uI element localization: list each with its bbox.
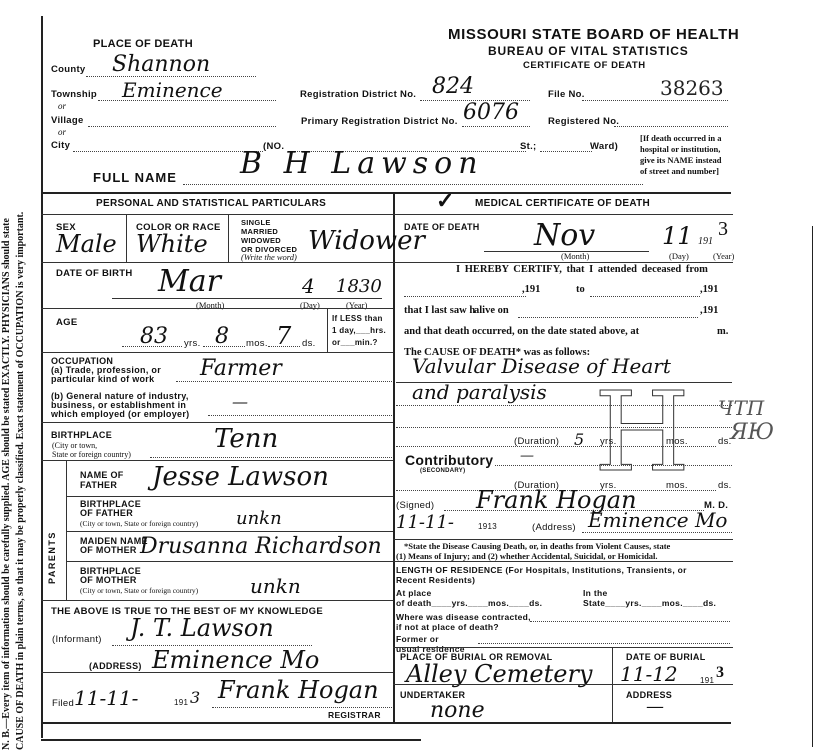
form-left-border xyxy=(41,16,43,738)
file-no-line xyxy=(582,100,728,101)
footnote-line: (1) Means of Injury; and (2) whether Acc… xyxy=(396,551,670,561)
row-divider xyxy=(41,308,393,309)
father-bp-line: OF FATHER xyxy=(80,509,141,518)
father-birthplace-value: unkn xyxy=(236,508,282,529)
full-name-line xyxy=(183,184,643,185)
less-than-line: If LESS than xyxy=(332,313,386,325)
at-place-line: of death____yrs.____mos.____ds. xyxy=(396,598,542,608)
row-divider xyxy=(41,460,393,461)
burial-year-suffix: 3 xyxy=(716,664,724,682)
birthplace-label: BIRTHPLACE xyxy=(51,430,112,440)
registrar-line xyxy=(212,707,392,708)
date-of-death-label: DATE OF DEATH xyxy=(404,222,480,232)
occupation-label: OCCUPATION (a) Trade, profession, or par… xyxy=(51,357,161,384)
cell-divider xyxy=(126,214,127,262)
margin-annotation-top: ЧТП xyxy=(718,396,764,420)
column-divider xyxy=(393,192,395,722)
dod-day: 11 xyxy=(662,222,693,250)
file-no-label: File No. xyxy=(548,89,585,100)
row-divider xyxy=(393,561,733,562)
physician-address-label: (Address) xyxy=(532,522,576,533)
form-bottom-border xyxy=(41,739,421,741)
undertaker-address-value: — xyxy=(646,696,664,717)
hospital-note: [If death occurred in a hospital or inst… xyxy=(640,133,722,177)
alive-on-label: alive on xyxy=(474,305,509,316)
occupation-b-line: which employed (or employer) xyxy=(51,410,189,419)
contracted-line: Where was disease contracted, xyxy=(396,612,531,622)
occupation-b-label: (b) General nature of industry, business… xyxy=(51,392,189,419)
certify-statement: I HEREBY CERTIFY, that I attended deceas… xyxy=(456,264,708,275)
county-value: Shannon xyxy=(112,52,210,77)
alive-year: ,191 xyxy=(700,305,718,316)
marital-option: WIDOWED xyxy=(241,236,297,245)
township-value: Eminence xyxy=(122,78,223,102)
mos-label: mos. xyxy=(246,338,268,349)
certificate-title: CERTIFICATE OF DEATH xyxy=(523,60,646,71)
registration-district-value: 824 xyxy=(432,74,474,99)
file-no-value: 38263 xyxy=(660,76,724,100)
to-date-line xyxy=(590,296,700,297)
state-board-title: MISSOURI STATE BOARD OF HEALTH xyxy=(448,26,739,43)
primary-registration-value: 6076 xyxy=(463,100,519,125)
residence-heading: LENGTH OF RESIDENCE (For Hospitals, Inst… xyxy=(396,565,687,585)
dob-year: 1830 xyxy=(336,276,382,297)
yrs-label: yrs. xyxy=(184,338,201,349)
color-race-value: White xyxy=(136,230,208,258)
cell-divider xyxy=(327,308,328,352)
cell-divider xyxy=(228,214,229,262)
birthplace-sub-line: (City or town, xyxy=(52,441,131,450)
row-divider xyxy=(393,647,733,648)
medical-heading: MEDICAL CERTIFICATE OF DEATH xyxy=(475,198,650,209)
former-residence-label: Former or usual residence xyxy=(396,634,465,654)
hospital-note-line: [If death occurred in a xyxy=(640,133,722,144)
less-than-day: If LESS than 1 day,___hrs. or___min.? xyxy=(332,313,386,349)
signed-date: 11-11- xyxy=(396,512,454,533)
row-divider xyxy=(41,422,393,423)
burial-date-label: DATE OF BURIAL xyxy=(626,652,706,662)
filed-year-suffix: 3 xyxy=(190,688,200,707)
mother-name-label: MAIDEN NAME OF MOTHER xyxy=(80,537,148,555)
hospital-note-line: hospital or institution, xyxy=(640,144,722,155)
occupation-b-value: — xyxy=(232,392,248,411)
personal-heading: PERSONAL AND STATISTICAL PARTICULARS xyxy=(96,198,326,209)
parents-divider xyxy=(66,460,67,600)
dob-month: Mar xyxy=(158,264,221,299)
secondary-label: (SECONDARY) xyxy=(420,468,465,474)
in-state-line: State____yrs.____mos.____ds. xyxy=(583,598,716,608)
filed-year-prefix: 191 xyxy=(174,698,188,707)
row-divider xyxy=(66,561,393,562)
father-label-line: NAME OF xyxy=(80,470,124,480)
hospital-note-line: of street and number] xyxy=(640,166,722,177)
father-name-value: Jesse Lawson xyxy=(152,462,329,492)
ward-line xyxy=(540,151,592,152)
marital-hint: (Write the word) xyxy=(241,252,297,262)
contracted-line-field xyxy=(530,621,730,622)
place-of-death-heading: PLACE OF DEATH xyxy=(93,38,193,50)
footnote-line: *State the Disease Causing Death, or, in… xyxy=(396,541,670,551)
m-label: m. xyxy=(717,326,728,337)
primary-reg-line xyxy=(462,126,530,127)
margin-note-line-2: CAUSE OF DEATH in plain terms, so that i… xyxy=(15,0,26,750)
from-date-line xyxy=(404,296,526,297)
registrar-label: REGISTRAR xyxy=(328,710,381,720)
birthplace-line xyxy=(150,457,392,458)
informant-address-label: (ADDRESS) xyxy=(89,661,142,671)
birthplace-sub: (City or town, State or foreign country) xyxy=(52,441,131,459)
birthplace-value: Tenn xyxy=(214,424,278,454)
contributory-label: Contributory xyxy=(405,452,493,468)
birthplace-heading: BIRTHPLACE xyxy=(51,430,112,440)
marital-option: SINGLE xyxy=(241,218,297,227)
parents-label: PARENTS xyxy=(47,532,57,584)
residence-heading-line: Recent Residents) xyxy=(396,575,687,585)
physician-address-value: Eminence Mo xyxy=(588,508,727,532)
dod-year-suffix: 3 xyxy=(718,218,728,241)
page-right-edge xyxy=(812,226,813,747)
marital-options: SINGLE MARRIED WIDOWED OR DIVORCED xyxy=(241,218,297,254)
day-caption: (Day) xyxy=(669,251,689,261)
large-h-mark: H xyxy=(594,368,690,496)
year-caption: (Year) xyxy=(713,251,734,261)
former-residence-line xyxy=(478,643,730,644)
mother-name-value: Drusanna Richardson xyxy=(140,534,382,559)
margin-note-line-1: N. B.—Every item of information should b… xyxy=(1,0,12,750)
cause-footnote: *State the Disease Causing Death, or, in… xyxy=(396,541,670,561)
section-divider xyxy=(41,192,731,194)
bureau-title: BUREAU OF VITAL STATISTICS xyxy=(488,44,689,58)
ds-label: ds. xyxy=(302,338,316,349)
age-months: 8 xyxy=(215,324,229,349)
registered-no-label: Registered No. xyxy=(548,116,619,127)
mother-birthplace-value: unkn xyxy=(250,574,301,598)
county-label: County xyxy=(51,64,86,75)
st-label: St.; xyxy=(520,141,537,152)
ds-label: ds. xyxy=(718,480,732,491)
contributory-value: — xyxy=(520,448,534,464)
father-bp-sub: (City or town, State or foreign country) xyxy=(80,519,198,528)
city-line xyxy=(73,151,263,152)
signed-year: 1913 xyxy=(478,522,497,531)
city-label: City xyxy=(51,140,70,151)
occupation-a-line: particular kind of work xyxy=(51,375,161,384)
row-divider xyxy=(393,684,733,685)
occupation-a-line xyxy=(176,381,392,382)
check-mark: ✓ xyxy=(436,188,454,214)
primary-registration-label: Primary Registration District No. xyxy=(301,116,458,127)
mother-label-line: OF MOTHER xyxy=(80,546,148,555)
filed-label: Filed xyxy=(52,698,74,709)
contracted-label: Where was disease contracted, if not at … xyxy=(396,612,531,632)
father-label-line: FATHER xyxy=(80,480,124,490)
last-saw-label: that I last saw h xyxy=(404,305,475,316)
dob-line xyxy=(112,298,382,299)
marital-option: MARRIED xyxy=(241,227,297,236)
burial-date-value: 11-12 xyxy=(620,662,678,686)
full-name-value: B H Lawson xyxy=(240,146,484,181)
row-divider xyxy=(393,539,733,540)
birthplace-sub-line: State or foreign country) xyxy=(52,450,131,459)
death-occurred-text: and that death occurred, on the date sta… xyxy=(404,326,639,337)
in-state-label: In the State____yrs.____mos.____ds. xyxy=(583,588,716,608)
row-divider xyxy=(41,352,393,353)
row-divider xyxy=(41,600,393,601)
full-name-label: FULL NAME xyxy=(93,170,177,185)
less-than-line: or___min.? xyxy=(332,337,386,349)
dob-day: 4 xyxy=(302,274,315,298)
occupation-a-value: Farmer xyxy=(200,356,282,381)
mother-bp-sub: (City or town, State or foreign country) xyxy=(80,586,198,595)
dod-year-prefix: 191 xyxy=(698,236,713,247)
to-year: ,191 xyxy=(700,284,718,295)
undertaker-value: none xyxy=(430,698,485,723)
registrar-signature: Frank Hogan xyxy=(218,676,379,704)
at-place-line: At place xyxy=(396,588,542,598)
row-divider xyxy=(393,214,733,215)
in-state-line: In the xyxy=(583,588,716,598)
to-label: to xyxy=(576,284,585,295)
cause-line-2-value: and paralysis xyxy=(412,380,547,404)
village-line xyxy=(88,126,276,127)
ward-label: Ward) xyxy=(590,141,618,152)
row-divider xyxy=(41,262,393,263)
registered-no-line xyxy=(614,126,728,127)
row-divider xyxy=(41,214,393,215)
form-bottom-line xyxy=(41,722,731,724)
mother-bp-line: OF MOTHER xyxy=(80,576,141,585)
filed-date: 11-11- xyxy=(74,686,138,710)
contracted-line: if not at place of death? xyxy=(396,622,531,632)
informant-value: J. T. Lawson xyxy=(130,614,274,642)
row-divider xyxy=(66,496,393,497)
registration-district-label: Registration District No. xyxy=(300,89,416,100)
age-label: AGE xyxy=(56,317,78,328)
margin-annotation-bottom: ЯЮ xyxy=(730,420,774,445)
date-of-birth-label: DATE OF BIRTH xyxy=(56,268,133,279)
month-caption: (Month) xyxy=(561,251,589,261)
at-place-label: At place of death____yrs.____mos.____ds. xyxy=(396,588,542,608)
village-label: Village xyxy=(51,115,84,126)
former-line: Former or xyxy=(396,634,465,644)
or-label: or xyxy=(58,127,66,137)
hospital-note-line: give its NAME instead xyxy=(640,155,722,166)
row-divider xyxy=(41,672,393,673)
from-year: ,191 xyxy=(522,284,540,295)
row-divider xyxy=(66,531,393,532)
informant-label: (Informant) xyxy=(52,634,102,645)
residence-heading-line: LENGTH OF RESIDENCE (For Hospitals, Inst… xyxy=(396,565,687,575)
mother-birthplace-label: BIRTHPLACE OF MOTHER xyxy=(80,567,141,585)
alive-on-line xyxy=(518,317,698,318)
age-days: 7 xyxy=(276,322,291,350)
signed-label: (Signed) xyxy=(396,500,434,511)
occupation-b-line xyxy=(208,415,392,416)
informant-address-value: Eminence Mo xyxy=(152,646,319,674)
row-divider xyxy=(393,262,733,263)
township-label: Township xyxy=(51,89,97,100)
age-years: 83 xyxy=(140,324,168,349)
physician-address-line xyxy=(582,532,732,533)
father-name-label: NAME OF FATHER xyxy=(80,470,124,490)
father-birthplace-label: BIRTHPLACE OF FATHER xyxy=(80,500,141,518)
less-than-line: 1 day,___hrs. xyxy=(332,325,386,337)
dod-month: Nov xyxy=(534,218,595,253)
or-label: or xyxy=(58,101,66,111)
sex-value: Male xyxy=(56,230,117,258)
